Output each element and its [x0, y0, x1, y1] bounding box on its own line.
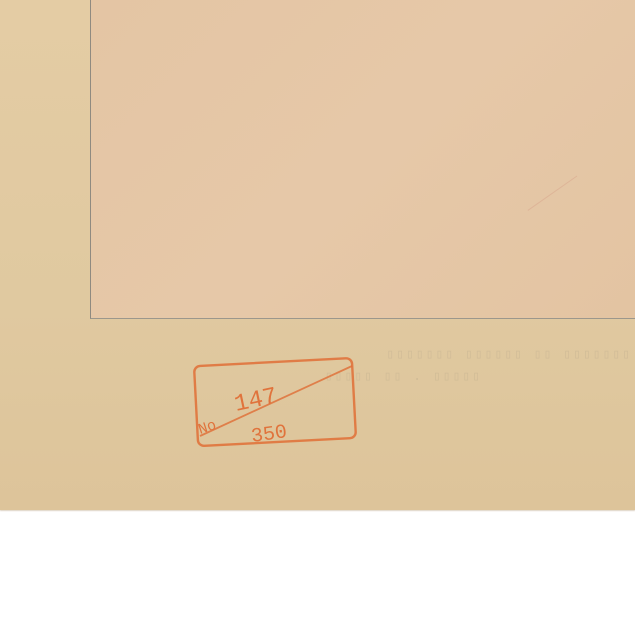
stamp-prefix: No	[196, 417, 218, 439]
faint-pencil-stroke	[528, 176, 595, 236]
edition-stamp: No 147 350	[192, 356, 360, 448]
stamp-number: 147	[232, 383, 280, 418]
image-plate	[90, 0, 635, 319]
stamp-edition-size: 350	[250, 421, 289, 449]
stamp-frame-icon: No 147 350	[192, 356, 360, 448]
paper-sheet: ▯▯▯▯▯▯▯ ▯▯ ▯▯▯▯▯▯ ▯▯▯▯▯▯▯ ▯▯▯▯▯ . ▯▯ ▯▯▯…	[0, 0, 635, 510]
